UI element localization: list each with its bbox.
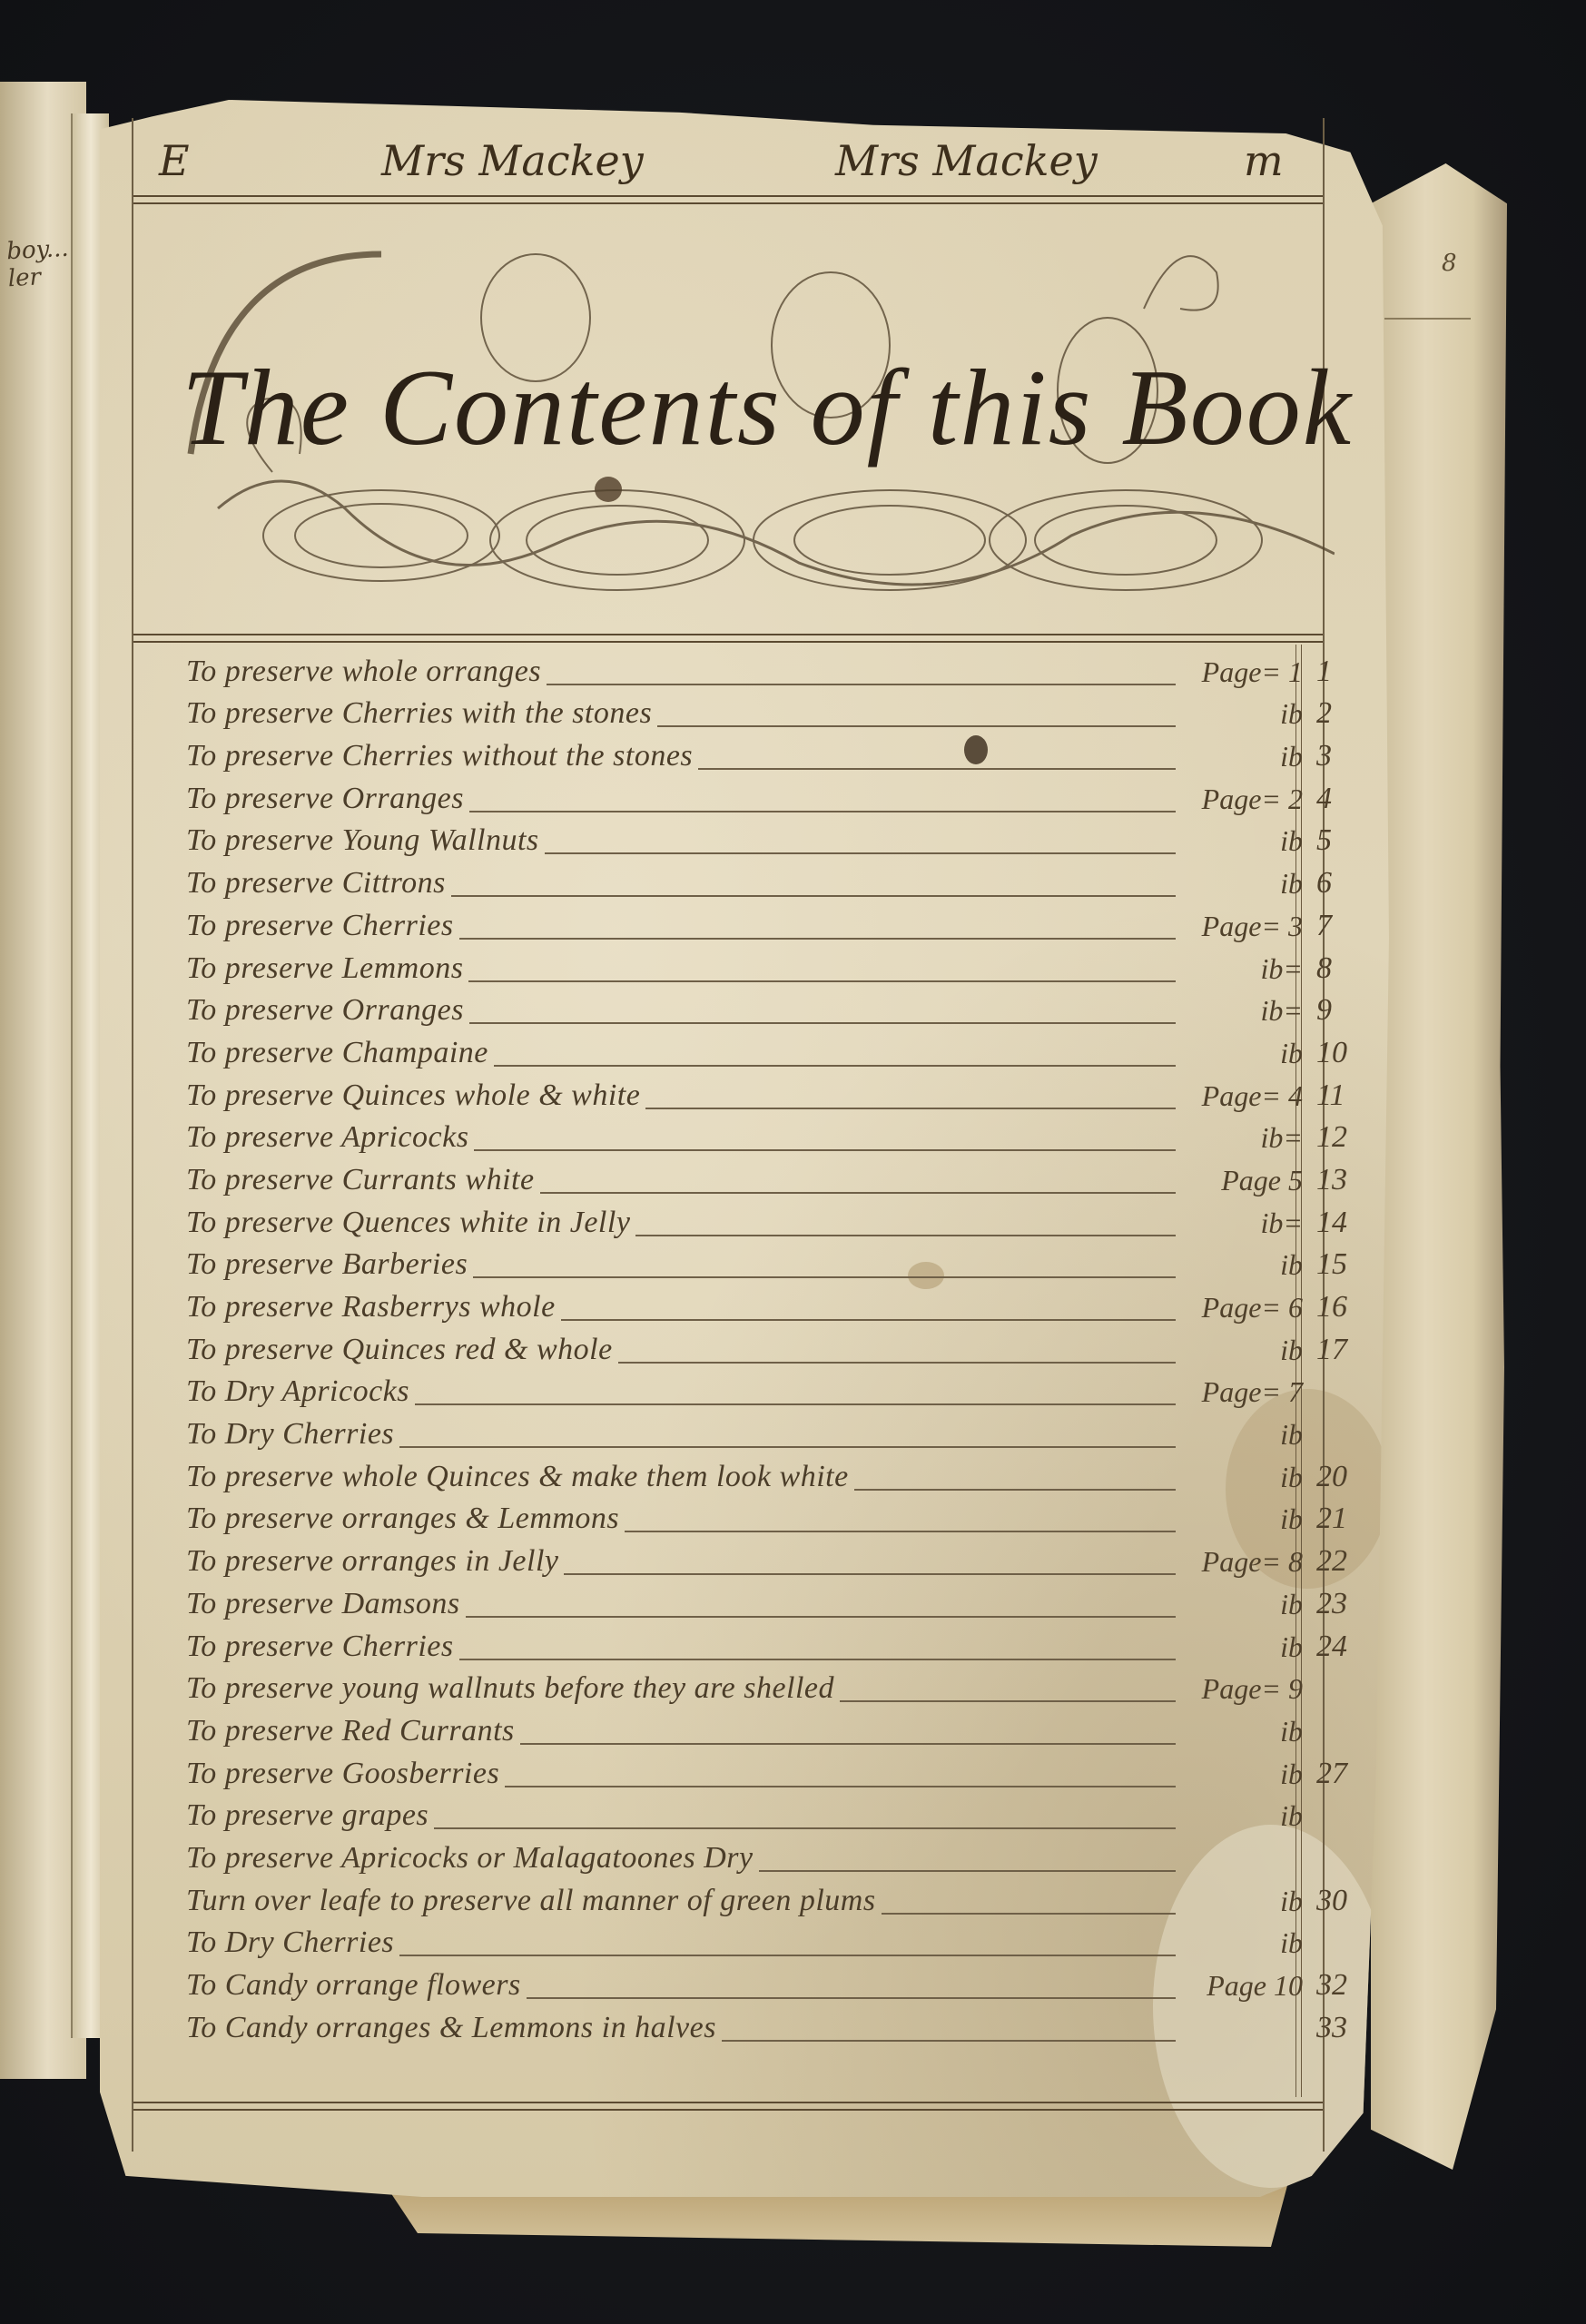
header-name-1: Mrs Mackey	[381, 136, 644, 200]
contents-entry: To preserve Quinces red & wholeib17	[177, 1330, 1339, 1373]
entry-page-ref: ib	[1176, 1758, 1303, 1791]
entry-page-ref: ib	[1176, 1588, 1303, 1621]
entry-text: To preserve Damsons	[186, 1587, 460, 1621]
entry-page-ref: ib	[1176, 697, 1303, 731]
entry-text: To preserve Lemmons	[186, 951, 463, 986]
entry-number: 23	[1316, 1587, 1389, 1621]
entry-page-ref: Page 10	[1176, 1969, 1303, 2003]
entry-text: To preserve young wallnuts before they a…	[186, 1671, 834, 1706]
entry-leader-rule	[469, 1022, 1176, 1024]
contents-entry: To preserve Apricocks or Malagatoones Dr…	[177, 1838, 1339, 1881]
entry-number: 7	[1316, 909, 1389, 943]
contents-entry: To preserve grapesib	[177, 1797, 1339, 1839]
entry-leader-rule	[698, 768, 1176, 770]
entry-text: To preserve Apricocks	[186, 1120, 468, 1155]
contents-entry: To preserve Orrangesib=9	[177, 991, 1339, 1034]
entry-page-ref: ib=	[1176, 1121, 1303, 1155]
header-right-mark: m	[1244, 136, 1284, 200]
contents-entry: To preserve Apricocksib=12	[177, 1118, 1339, 1161]
entry-page-ref: ib=	[1176, 994, 1303, 1028]
entry-page-ref: ib	[1176, 1334, 1303, 1367]
entry-page-ref: Page= 2	[1176, 783, 1303, 816]
entry-page-ref: Page= 1	[1176, 655, 1303, 689]
entry-text: To preserve orranges & Lemmons	[186, 1502, 619, 1536]
entry-text: To preserve Orranges	[186, 782, 464, 816]
entry-number: 16	[1316, 1290, 1389, 1324]
entry-leader-rule	[657, 725, 1176, 727]
bottom-double-rule	[133, 2102, 1323, 2111]
entry-leader-rule	[505, 1786, 1176, 1787]
contents-entry: To preserve Rasberrys wholePage= 616	[177, 1287, 1339, 1330]
entry-leader-rule	[561, 1319, 1176, 1321]
entry-leader-rule	[564, 1573, 1176, 1575]
right-page-mark: 8	[1442, 250, 1457, 277]
entry-text: To preserve Goosberries	[186, 1757, 499, 1791]
entry-number: 2	[1316, 696, 1389, 731]
entry-text: To preserve Cittrons	[186, 866, 446, 901]
entry-page-ref: ib	[1176, 1715, 1303, 1748]
entry-leader-rule	[473, 1276, 1176, 1278]
entry-text: To preserve Cherries	[186, 909, 454, 943]
entry-number: 27	[1316, 1757, 1389, 1791]
entry-number: 8	[1316, 951, 1389, 986]
entry-page-ref: ib	[1176, 740, 1303, 773]
entry-number: 3	[1316, 739, 1389, 773]
entry-number: 10	[1316, 1036, 1389, 1070]
contents-entry: To preserve Cittronsib6	[177, 863, 1339, 906]
entry-text: To preserve Apricocks or Malagatoones Dr…	[186, 1841, 754, 1876]
right-page-stack: 8	[1371, 163, 1507, 2170]
entry-leader-rule	[494, 1065, 1176, 1067]
entry-leader-rule	[540, 1192, 1176, 1194]
contents-entry: To preserve young wallnuts before they a…	[177, 1669, 1339, 1712]
entry-leader-rule	[459, 1659, 1176, 1660]
entry-text: To preserve grapes	[186, 1798, 429, 1833]
entry-page-ref: Page= 3	[1176, 910, 1303, 943]
entry-number: 33	[1316, 2011, 1389, 2045]
entry-number: 17	[1316, 1333, 1389, 1367]
entry-page-ref: Page= 8	[1176, 1545, 1303, 1579]
entry-page-ref: ib	[1176, 1926, 1303, 1960]
entry-text: To preserve Cherries with the stones	[186, 696, 652, 731]
contents-entry: To Dry ApricocksPage= 7	[177, 1373, 1339, 1415]
entry-text: To preserve Young Wallnuts	[186, 823, 539, 858]
entry-page-ref: ib	[1176, 1885, 1303, 1918]
header-left-mark: E	[159, 136, 190, 200]
entry-leader-rule	[759, 1870, 1176, 1872]
entry-number: 9	[1316, 993, 1389, 1028]
page-title: The Contents of this Book	[182, 345, 1289, 472]
contents-entry: To Candy orrange flowersPage 1032	[177, 1965, 1339, 2008]
entry-text: To Candy orrange flowers	[186, 1968, 521, 2003]
entry-text: To preserve whole Quinces & make them lo…	[186, 1460, 849, 1494]
entry-page-ref: ib	[1176, 1630, 1303, 1664]
contents-entry: To preserve Red Currantsib	[177, 1711, 1339, 1754]
entry-text: To preserve Rasberrys whole	[186, 1290, 556, 1324]
entry-text: To preserve orranges in Jelly	[186, 1544, 558, 1579]
entry-text: To preserve whole orranges	[186, 655, 541, 689]
contents-entry: Turn over leafe to preserve all manner o…	[177, 1881, 1339, 1924]
entry-leader-rule	[468, 980, 1176, 982]
entry-number: 6	[1316, 866, 1389, 901]
contents-entry: To preserve Goosberriesib27	[177, 1754, 1339, 1797]
entry-page-ref: Page= 6	[1176, 1291, 1303, 1324]
contents-entry: To preserve Lemmonsib=8	[177, 949, 1339, 991]
entry-page-ref: ib	[1176, 1037, 1303, 1070]
entry-page-ref: ib=	[1176, 952, 1303, 986]
entry-number: 14	[1316, 1206, 1389, 1240]
contents-entry: To Dry Cherriesib	[177, 1414, 1339, 1457]
contents-entry: To Candy orranges & Lemmons in halves33	[177, 2008, 1339, 2051]
entry-leader-rule	[635, 1235, 1176, 1236]
contents-entry: To preserve Cherries without the stonesi…	[177, 736, 1339, 779]
header-name-2: Mrs Mackey	[835, 136, 1098, 200]
entry-text: To preserve Cherries without the stones	[186, 739, 693, 773]
header-double-rule	[133, 195, 1323, 204]
entry-text: To preserve Quences white in Jelly	[186, 1206, 630, 1240]
entry-page-ref: ib	[1176, 1461, 1303, 1494]
entry-text: To preserve Red Currants	[186, 1714, 515, 1748]
entry-number: 20	[1316, 1460, 1389, 1494]
entry-number: 21	[1316, 1502, 1389, 1536]
entry-number: 32	[1316, 1968, 1389, 2003]
entry-leader-rule	[399, 1955, 1176, 1956]
entry-leader-rule	[545, 852, 1176, 854]
entry-page-ref: Page= 7	[1176, 1375, 1303, 1409]
entry-leader-rule	[625, 1531, 1176, 1532]
entry-leader-rule	[451, 895, 1176, 897]
contents-entry: To preserve OrrangesPage= 24	[177, 779, 1339, 822]
entry-leader-rule	[466, 1616, 1176, 1618]
entry-text: To preserve Currants white	[186, 1163, 535, 1197]
entry-text: To preserve Orranges	[186, 993, 464, 1028]
contents-entry: To preserve whole Quinces & make them lo…	[177, 1457, 1339, 1500]
contents-entry: To Dry Cherriesib	[177, 1924, 1339, 1966]
title-double-rule	[133, 634, 1323, 643]
entry-number: 5	[1316, 823, 1389, 858]
entry-leader-rule	[459, 938, 1176, 940]
entry-page-ref: Page= 9	[1176, 1672, 1303, 1706]
entry-leader-rule	[854, 1489, 1176, 1491]
entry-text: To Candy orranges & Lemmons in halves	[186, 2011, 716, 2045]
contents-entry: To preserve Quinces whole & whitePage= 4…	[177, 1076, 1339, 1118]
entry-text: To preserve Quinces red & whole	[186, 1333, 613, 1367]
entry-text: To Dry Cherries	[186, 1417, 394, 1452]
entry-number: 24	[1316, 1630, 1389, 1664]
entry-text: To preserve Barberies	[186, 1247, 468, 1282]
entry-leader-rule	[645, 1108, 1176, 1109]
contents-entry: To preserve Quences white in Jellyib=14	[177, 1203, 1339, 1246]
entry-page-ref: ib	[1176, 824, 1303, 858]
entry-page-ref: ib	[1176, 1799, 1303, 1833]
entry-leader-rule	[520, 1743, 1176, 1745]
entry-number: 11	[1316, 1078, 1389, 1113]
entry-leader-rule	[722, 2040, 1176, 2042]
contents-list: To preserve whole orrangesPage= 11To pre…	[177, 652, 1339, 2051]
contents-entry: To preserve Young Wallnutsib5	[177, 822, 1339, 864]
entry-number: 30	[1316, 1884, 1389, 1918]
entry-page-ref: ib	[1176, 867, 1303, 901]
entry-leader-rule	[547, 684, 1176, 685]
entry-number: 13	[1316, 1163, 1389, 1197]
entry-page-ref: Page= 4	[1176, 1079, 1303, 1113]
entry-number: 15	[1316, 1247, 1389, 1282]
contents-entry: To preserve Cherries with the stonesib2	[177, 694, 1339, 737]
entry-text: To Dry Apricocks	[186, 1374, 409, 1409]
contents-entry: To preserve Barberiesib15	[177, 1246, 1339, 1288]
entry-page-ref: ib=	[1176, 1206, 1303, 1240]
entry-text: Turn over leafe to preserve all manner o…	[186, 1884, 876, 1918]
contents-entry: To preserve Champaineib10	[177, 1033, 1339, 1076]
contents-entry: To preserve Cherriesib24	[177, 1627, 1339, 1669]
entry-leader-rule	[469, 811, 1176, 812]
contents-entry: To preserve Damsonsib23	[177, 1584, 1339, 1627]
entry-text: To preserve Champaine	[186, 1036, 488, 1070]
entry-page-ref: ib	[1176, 1418, 1303, 1452]
entry-page-ref: ib	[1176, 1248, 1303, 1282]
entry-page-ref: ib	[1176, 1502, 1303, 1536]
entry-leader-rule	[527, 1997, 1176, 1999]
entry-number: 4	[1316, 782, 1389, 816]
entry-leader-rule	[840, 1700, 1176, 1702]
entry-text: To preserve Quinces whole & white	[186, 1078, 640, 1113]
entry-leader-rule	[434, 1827, 1176, 1829]
contents-entry: To preserve CherriesPage= 37	[177, 906, 1339, 949]
entry-number: 1	[1316, 655, 1389, 689]
entry-leader-rule	[399, 1446, 1176, 1448]
entry-text: To preserve Cherries	[186, 1630, 454, 1664]
contents-entry: To preserve whole orrangesPage= 11	[177, 652, 1339, 694]
entry-leader-rule	[474, 1149, 1176, 1151]
entry-leader-rule	[618, 1362, 1176, 1364]
contents-entry: To preserve orranges & Lemmonsib21	[177, 1500, 1339, 1542]
entry-number: 22	[1316, 1544, 1389, 1579]
entry-number: 12	[1316, 1120, 1389, 1155]
entry-leader-rule	[415, 1403, 1176, 1405]
entry-page-ref: Page 5	[1176, 1164, 1303, 1197]
contents-entry: To preserve Currants whitePage 513	[177, 1160, 1339, 1203]
entry-leader-rule	[882, 1913, 1176, 1915]
right-page-rule	[1384, 318, 1471, 320]
contents-entry: To preserve orranges in JellyPage= 822	[177, 1541, 1339, 1584]
entry-text: To Dry Cherries	[186, 1925, 394, 1960]
